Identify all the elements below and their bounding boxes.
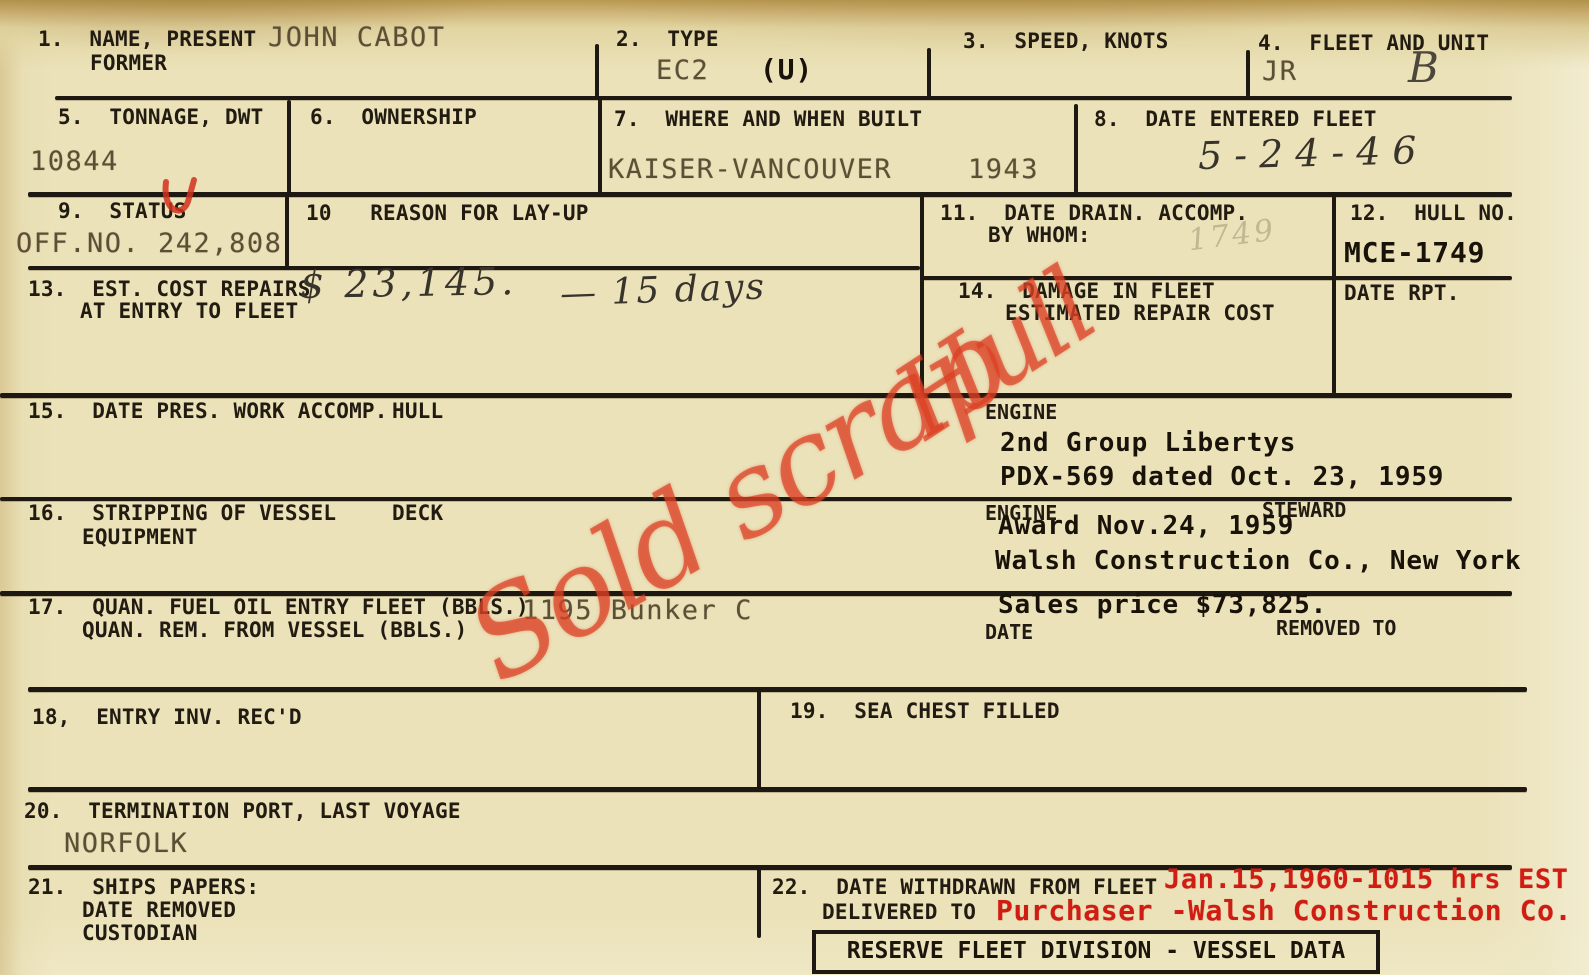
field-20-label: 20. TERMINATION PORT, LAST VOYAGE <box>24 800 461 822</box>
field-15-value-group: 2nd Group Libertys <box>1000 430 1296 457</box>
field-22-value-delivered-to: Purchaser -Walsh Construction Co. <box>996 896 1572 925</box>
field-6-label: 6. OWNERSHIP <box>310 106 477 128</box>
rule-line <box>1246 50 1250 97</box>
field-7-value-year: 1943 <box>968 156 1039 184</box>
field-1-value-ship-name: JOHN CABOT <box>268 24 446 52</box>
field-15-label: 15. DATE PRES. WORK ACCOMP. <box>28 400 388 422</box>
field-20-value-port: NORFOLK <box>64 830 188 858</box>
field-3-label: 3. SPEED, KNOTS <box>963 30 1169 52</box>
field-17-label-rem: QUAN. REM. FROM VESSEL (BBLS.) <box>82 619 467 641</box>
rule-line <box>28 687 1527 692</box>
field-1-label: 1. NAME, PRESENT <box>38 28 256 50</box>
field-7-label: 7. WHERE AND WHEN BUILT <box>614 108 922 130</box>
field-15-sub-hull: HULL <box>392 400 443 422</box>
rule-line <box>757 690 761 789</box>
rule-line <box>1074 104 1078 193</box>
field-7-value-builder: KAISER-VANCOUVER <box>608 156 892 184</box>
rule-line <box>0 393 1512 398</box>
field-16-value-buyer: Walsh Construction Co., New York <box>995 548 1522 575</box>
field-16-label: 16. STRIPPING OF VESSEL <box>28 502 336 524</box>
field-12-value-hull-no: MCE-1749 <box>1344 238 1485 267</box>
field-21-label: 21. SHIPS PAPERS: <box>28 876 259 898</box>
rule-line <box>1332 196 1336 394</box>
field-13-handwritten-cost: $ 23,145. <box>300 262 518 306</box>
rule-line <box>757 868 761 938</box>
status-check-icon <box>158 176 204 230</box>
rule-line <box>285 196 289 267</box>
field-4-label: 4. FLEET AND UNIT <box>1258 32 1489 54</box>
field-15-value-pdx: PDX-569 dated Oct. 23, 1959 <box>1000 464 1444 491</box>
field-18-label: 18, ENTRY INV. REC'D <box>32 706 302 728</box>
field-2-label: 2. TYPE <box>616 28 719 50</box>
field-13-handwritten-days: — 15 days <box>559 268 766 313</box>
field-4-value-fleet: JR <box>1262 58 1298 86</box>
field-17-sub-removed-to: REMOVED TO <box>1276 618 1396 639</box>
rule-line <box>28 787 1527 792</box>
field-2-value-type-suffix: (U) <box>760 55 813 84</box>
field-8-handwritten-date: 5-24-46 <box>1198 131 1430 177</box>
rule-line <box>55 96 1512 100</box>
field-12-label-date-rpt: DATE RPT. <box>1344 282 1460 304</box>
field-12-label: 12. HULL NO. <box>1350 202 1517 224</box>
field-13-label: 13. EST. COST REPAIRS <box>28 278 311 300</box>
field-1-label-former: FORMER <box>90 52 167 74</box>
field-5-label: 5. TONNAGE, DWT <box>58 106 264 128</box>
field-13-label-at-entry: AT ENTRY TO FLEET <box>80 300 298 322</box>
field-22-value-withdrawn-date: Jan.15,1960-1015 hrs EST <box>1164 866 1569 894</box>
field-16-value-award: Award Nov.24, 1959 <box>998 513 1294 540</box>
field-4-handwritten-unit: B <box>1408 46 1439 90</box>
field-2-value-type: EC2 <box>656 57 709 85</box>
field-10-label: 10 REASON FOR LAY-UP <box>306 202 589 224</box>
field-9-value-official-number: OFF.NO. 242,808 <box>16 230 282 258</box>
field-16-sub-deck: DECK <box>392 502 443 524</box>
field-11-pencil-note: 1749 <box>1186 215 1278 257</box>
card-title-box: RESERVE FLEET DIVISION - VESSEL DATA <box>812 930 1380 974</box>
rule-line <box>598 99 602 193</box>
rule-line <box>927 48 931 97</box>
field-22-label-delivered-to: DELIVERED TO <box>822 901 976 923</box>
rule-line <box>28 192 1512 197</box>
field-21-label-date-removed: DATE REMOVED <box>82 899 236 921</box>
rule-line <box>287 100 291 193</box>
vessel-data-card: 1. NAME, PRESENT FORMER JOHN CABOT 2. TY… <box>0 0 1589 975</box>
field-11-label-by-whom: BY WHOM: <box>988 224 1091 246</box>
field-5-value-tonnage: 10844 <box>30 148 119 176</box>
field-8-label: 8. DATE ENTERED FLEET <box>1094 108 1377 130</box>
field-19-label: 19. SEA CHEST FILLED <box>790 700 1060 722</box>
rule-line <box>595 44 599 97</box>
field-17-sub-date: DATE <box>985 622 1033 643</box>
field-16-label-equipment: EQUIPMENT <box>82 526 198 548</box>
card-title: RESERVE FLEET DIVISION - VESSEL DATA <box>816 938 1376 964</box>
field-21-label-custodian: CUSTODIAN <box>82 922 198 944</box>
